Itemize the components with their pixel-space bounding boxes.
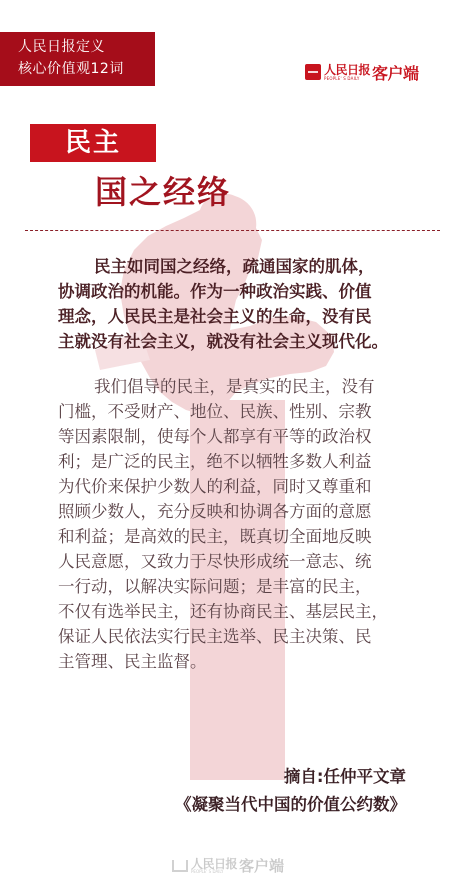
paragraph-2-line: 保证人民依法实行民主选举、民主决策、民 (58, 624, 413, 649)
paragraph-2-line: 不仅有选举民主，还有协商民主、基层民主， (58, 599, 413, 624)
header-banner-line-1: 人民日报定义 (18, 36, 155, 58)
paragraph-2: 我们倡导的民主，是真实的民主，没有 门槛，不受财产、地位、民族、性别、宗教 等因… (58, 374, 413, 674)
header-banner-line-2: 核心价值观12词 (18, 58, 155, 80)
paragraph-2-line: 照顾少数人，充分反映和协调各方面的意愿 (58, 499, 413, 524)
brand-name-en: PEOPLE' S DAILY (324, 77, 370, 81)
paragraph-2-line: 人民意愿，又致力于尽快形成统一意志、统 (58, 549, 413, 574)
watermark-name-en: PEOPLE' S DAILY (191, 870, 237, 874)
source-author: 摘自:任仲平文章 (175, 763, 406, 791)
watermark-name-cn: 人民日报 (191, 858, 237, 870)
watermark-name-stack: 人民日报 PEOPLE' S DAILY (191, 858, 237, 874)
dashed-divider (25, 230, 440, 231)
brand-name-cn: 人民日报 (324, 64, 370, 76)
paragraph-2-line: 等因素限制，使每个人都享有平等的政治权 (58, 424, 413, 449)
paragraph-2-line: 我们倡导的民主，是真实的民主，没有 (58, 374, 413, 399)
paragraph-2-line: 门槛，不受财产、地位、民族、性别、宗教 (58, 399, 413, 424)
source-article-title: 《凝聚当代中国的价值公约数》 (175, 791, 406, 819)
source-citation: 摘自:任仲平文章 《凝聚当代中国的价值公约数》 (175, 763, 406, 819)
paragraph-2-line: 主管理、民主监督。 (58, 649, 413, 674)
brand-client-label: 客户端 (372, 61, 419, 84)
paragraph-1-line: 理念，人民民主是社会主义的生命，没有民 (58, 304, 413, 329)
paragraph-2-line: 为代价来保护少数人的利益，同时又尊重和 (58, 474, 413, 499)
term-subtitle: 国之经络 (95, 172, 231, 212)
peoples-daily-logo-icon (305, 64, 321, 80)
header-banner: 人民日报定义 核心价值观12词 (0, 32, 155, 86)
term-title: 民主 (30, 124, 156, 162)
watermark-logo-icon (172, 860, 188, 872)
brand-name-stack: 人民日报 PEOPLE' S DAILY (324, 64, 370, 81)
paragraph-2-line: 一行动，以解决实际问题；是丰富的民主， (58, 574, 413, 599)
paragraph-2-line: 和利益；是高效的民主，既真切全面地反映 (58, 524, 413, 549)
paragraph-2-line: 利；是广泛的民主，绝不以牺牲多数人利益 (58, 449, 413, 474)
watermark: 人民日报 PEOPLE' S DAILY 客户端 (172, 855, 284, 876)
paragraph-1-line: 协调政治的机能。作为一种政治实践、价值 (58, 279, 413, 304)
paragraph-1-line: 民主如同国之经络，疏通国家的肌体， (58, 254, 413, 279)
paragraph-1: 民主如同国之经络，疏通国家的肌体， 协调政治的机能。作为一种政治实践、价值 理念… (58, 254, 413, 354)
brand-logo: 人民日报 PEOPLE' S DAILY 客户端 (305, 62, 419, 82)
watermark-client-label: 客户端 (239, 855, 284, 876)
paragraph-1-line: 主就没有社会主义，就没有社会主义现代化。 (58, 329, 413, 354)
